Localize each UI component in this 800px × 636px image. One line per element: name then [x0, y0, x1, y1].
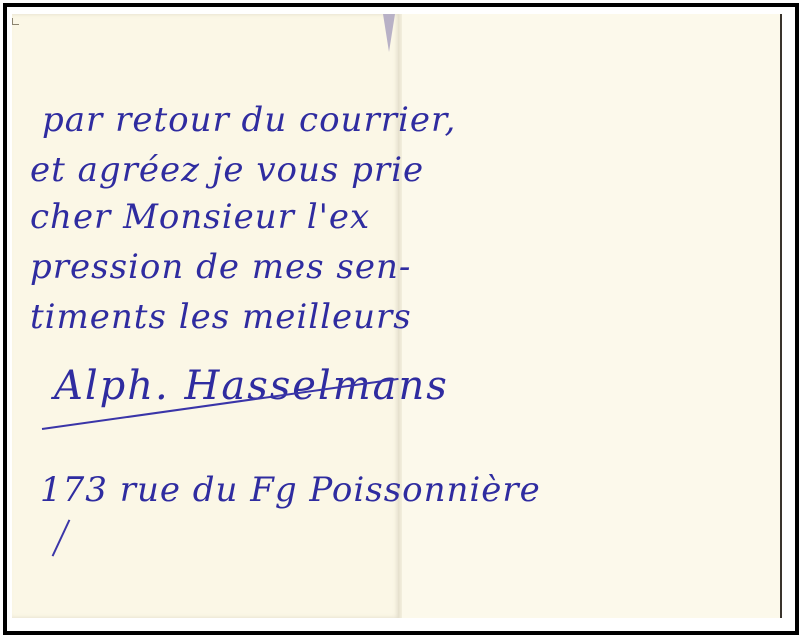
fold-tab [383, 14, 395, 52]
signature: Alph. Hasselmans [54, 363, 449, 409]
letter-line-5: timents les meilleurs [30, 297, 412, 337]
right-page-blank [400, 14, 782, 618]
letter-line-4: pression de mes sen- [30, 247, 411, 287]
letter-line-3: cher Monsieur l'ex [30, 197, 370, 237]
letter-line-2: et agréez je vous prie [30, 150, 424, 190]
address-line: 173 rue du Fg Poissonnière [40, 470, 541, 510]
letter-line-1: par retour du courrier, [42, 100, 456, 140]
corner-mark [12, 18, 19, 25]
